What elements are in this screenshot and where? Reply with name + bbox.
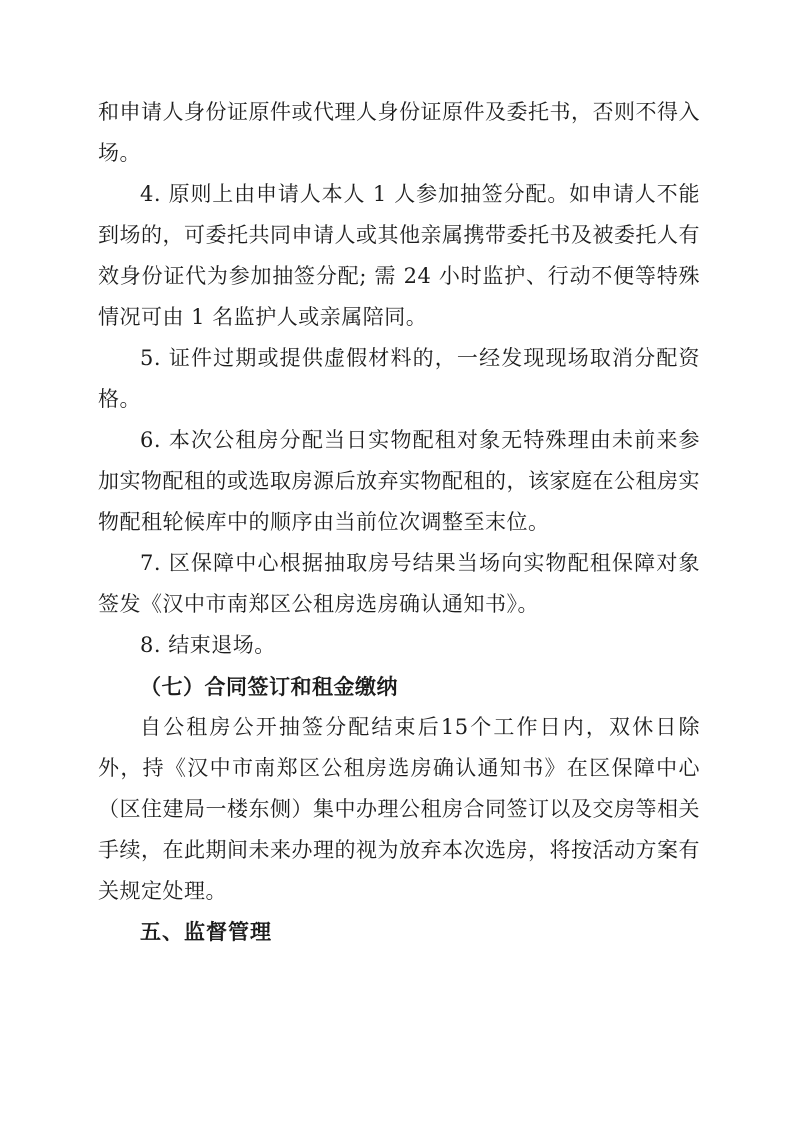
para-item-7: 7. 区保障中心根据抽取房号结果当场向实物配租保障对象签发《汉中市南郑区公租房选… [98,543,700,625]
para-item-4: 4. 原则上由申请人本人 1 人参加抽签分配。如申请人不能到场的，可委托共同申请… [98,174,700,338]
document-body: 和申请人身份证原件或代理人身份证原件及委托书，否则不得入场。4. 原则上由申请人… [98,92,700,953]
subheading-section-7: （七）合同签订和租金缴纳 [98,666,700,707]
document-page: 和申请人身份证原件或代理人身份证原件及委托书，否则不得入场。4. 原则上由申请人… [0,0,792,1121]
para-item-6: 6. 本次公租房分配当日实物配租对象无特殊理由未前来参加实物配租的或选取房源后放… [98,420,700,543]
para-item-5: 5. 证件过期或提供虚假材料的，一经发现现场取消分配资格。 [98,338,700,420]
para-item-8: 8. 结束退场。 [98,625,700,666]
para-contract-signing: 自公租房公开抽签分配结束后15个工作日内，双休日除外，持《汉中市南郑区公租房选房… [98,707,700,912]
heading-section-5: 五、监督管理 [98,912,700,953]
para-item-3-continuation: 和申请人身份证原件或代理人身份证原件及委托书，否则不得入场。 [98,92,700,174]
